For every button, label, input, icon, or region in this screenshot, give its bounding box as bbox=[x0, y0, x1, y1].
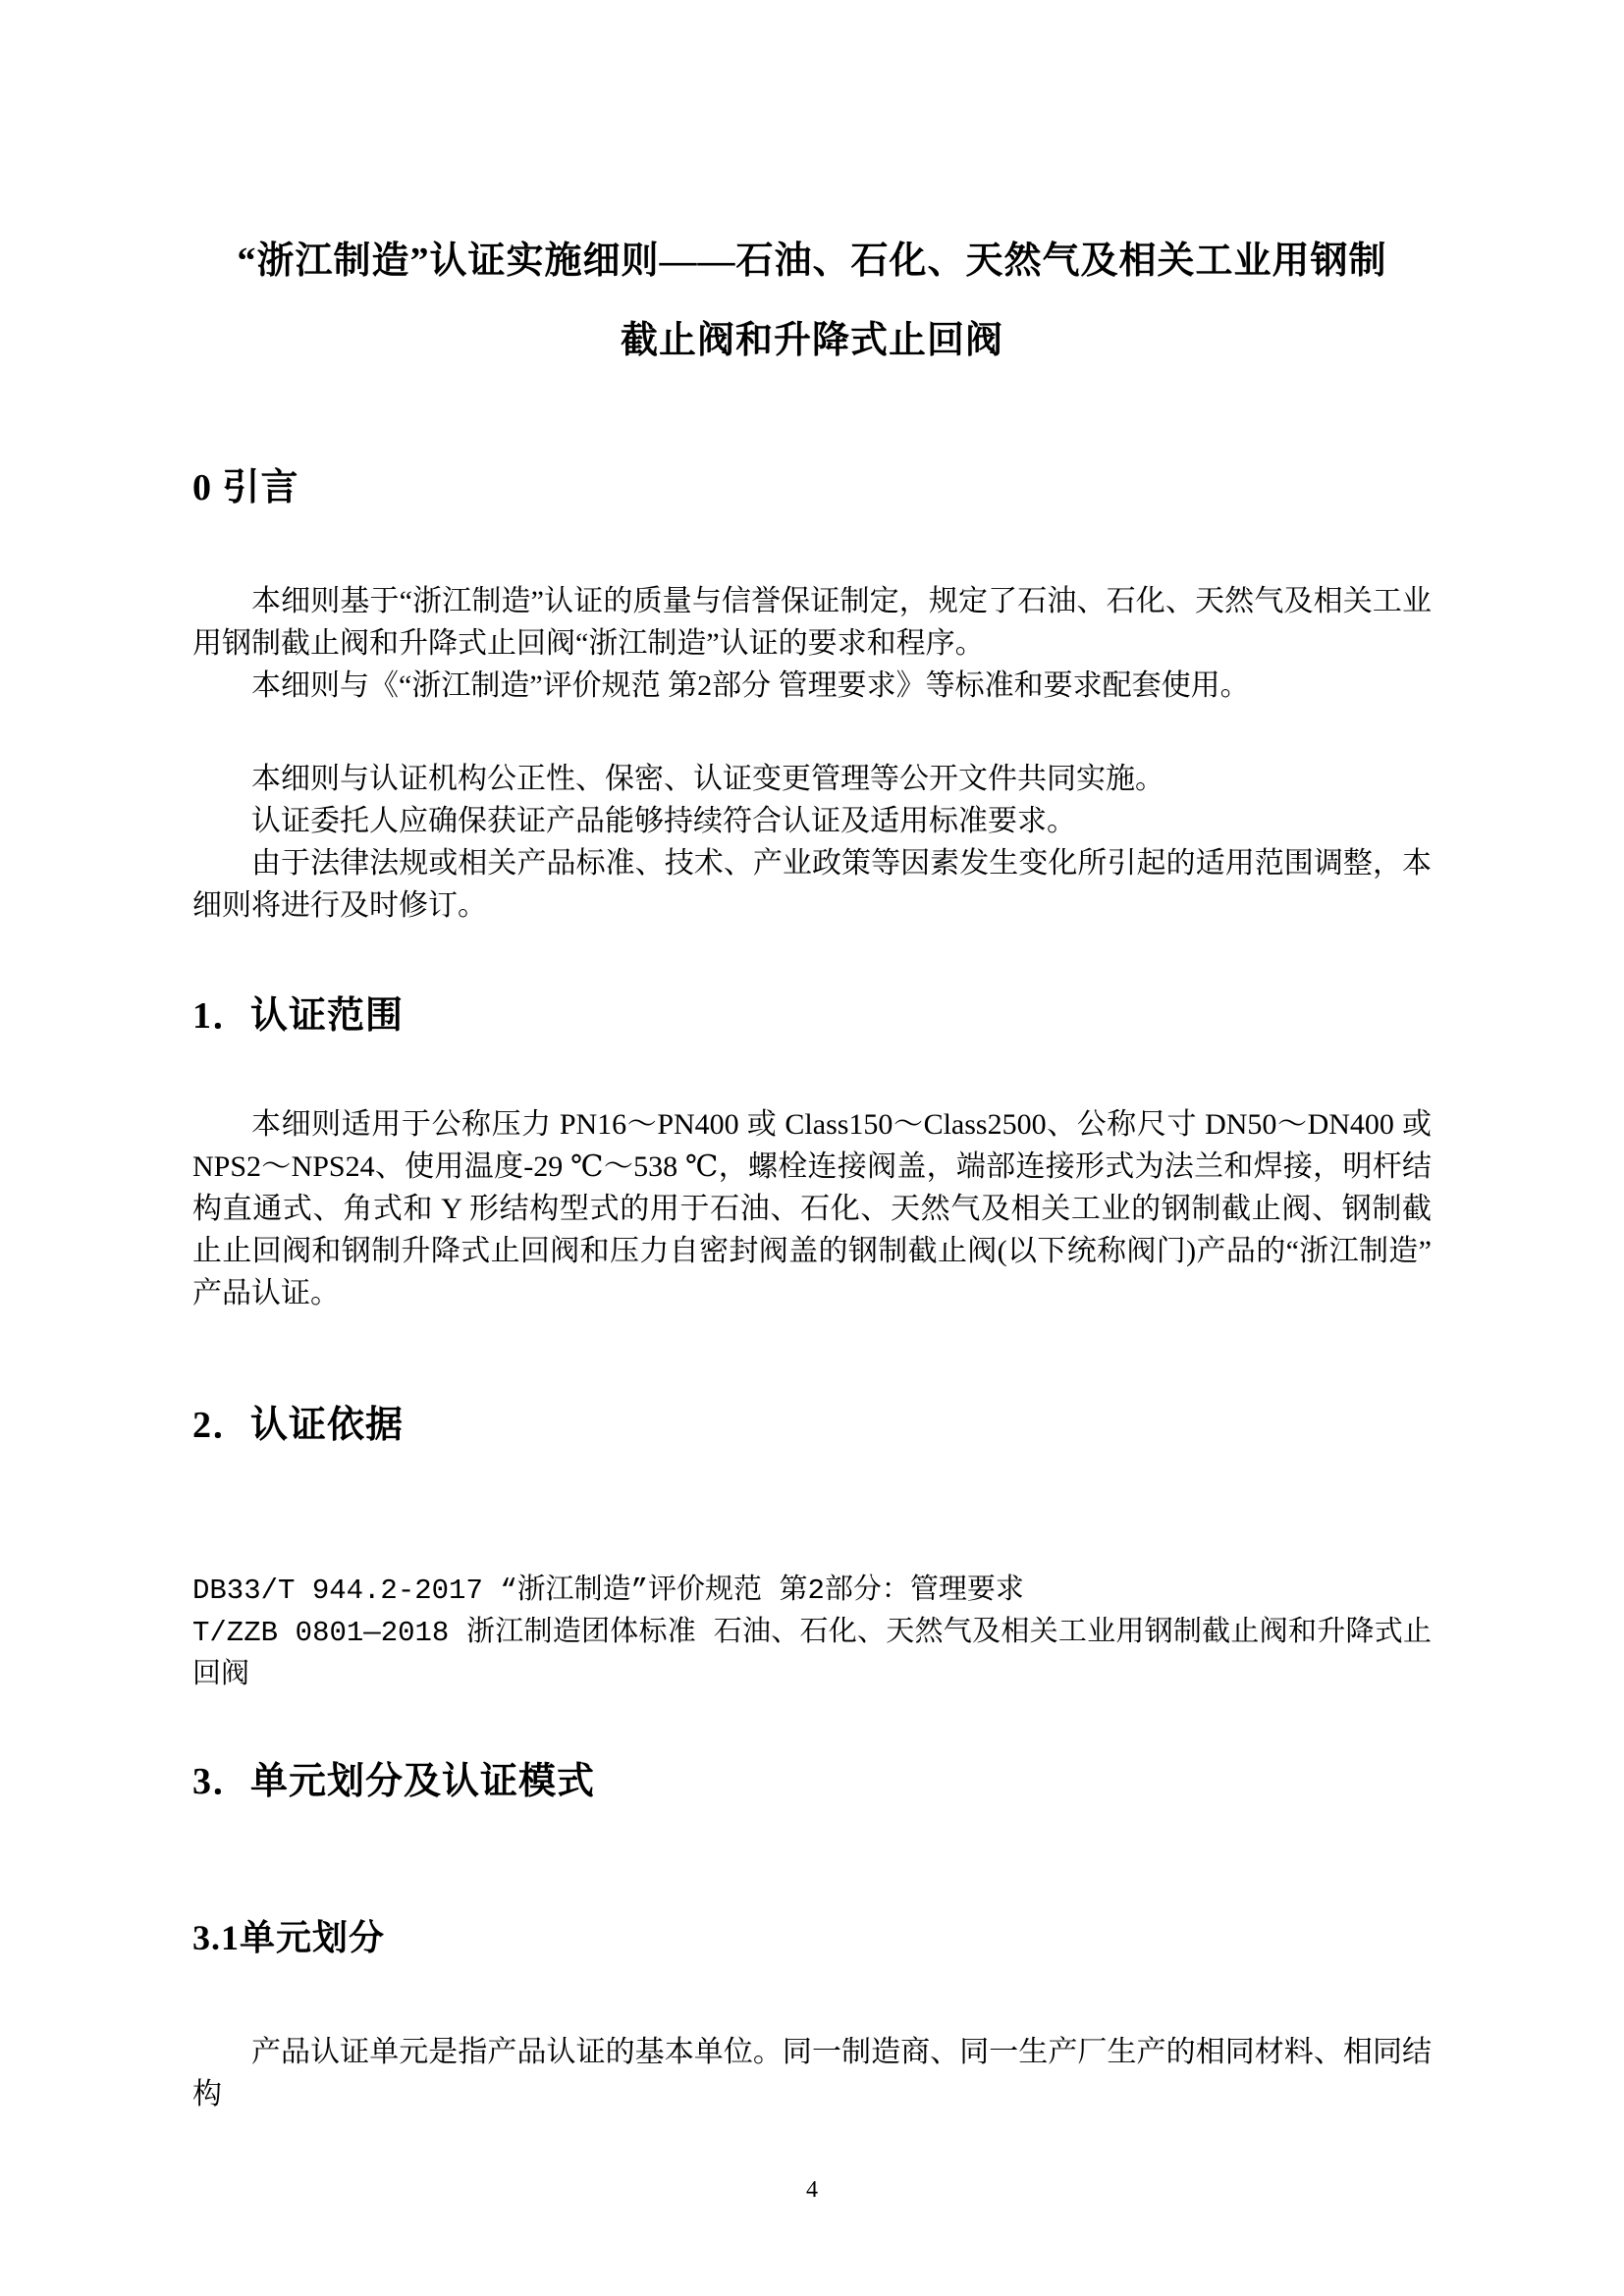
document-title: “浙江制造”认证实施细则——石油、石化、天然气及相关工业用钢制 截止阀和升降式止… bbox=[192, 242, 1432, 359]
document-page: “浙江制造”认证实施细则——石油、石化、天然气及相关工业用钢制 截止阀和升降式止… bbox=[0, 0, 1624, 2296]
introduction-paragraph-4: 认证委托人应确保获证产品能够持续符合认证及适用标准要求。 bbox=[192, 800, 1432, 842]
page-footer: 4 bbox=[192, 2178, 1432, 2202]
introduction-paragraph-1: 本细则基于“浙江制造”认证的质量与信誉保证制定，规定了石油、石化、天然气及相关工… bbox=[192, 580, 1432, 665]
section-unit-division: 3．单元划分及认证模式 3.1单元划分 产品认证单元是指产品认证的基本单位。同一… bbox=[192, 1763, 1432, 2115]
standard-reference-db33: DB33/T 944.2-2017 “浙江制造”评价规范 第2部分：管理要求 bbox=[192, 1570, 1432, 1612]
page-number: 4 bbox=[806, 2177, 818, 2203]
document-title-line2: 截止阀和升降式止回阀 bbox=[192, 322, 1432, 359]
standard-reference-tzzb: T/ZZB 0801—2018 浙江制造团体标准 石油、石化、天然气及相关工业用… bbox=[192, 1612, 1432, 1696]
section-certification-basis: 2．认证依据 DB33/T 944.2-2017 “浙江制造”评价规范 第2部分… bbox=[192, 1407, 1432, 1696]
unit-division-subheading: 3.1单元划分 bbox=[192, 1920, 1432, 1956]
introduction-paragraph-2: 本细则与《“浙江制造”评价规范 第2部分 管理要求》等标准和要求配套使用。 bbox=[192, 665, 1432, 707]
certification-scope-heading: 1．认证范围 bbox=[192, 997, 1432, 1035]
certification-basis-heading: 2．认证依据 bbox=[192, 1407, 1432, 1444]
section-introduction: 0 引言 本细则基于“浙江制造”认证的质量与信誉保证制定，规定了石油、石化、天然… bbox=[192, 469, 1432, 927]
certification-scope-paragraph: 本细则适用于公称压力 PN16～PN400 或 Class150～Class25… bbox=[192, 1103, 1432, 1314]
introduction-heading: 0 引言 bbox=[192, 469, 1432, 507]
introduction-paragraph-5: 由于法律法规或相关产品标准、技术、产业政策等因素发生变化所引起的适用范围调整，本… bbox=[192, 842, 1432, 927]
section-certification-scope: 1．认证范围 本细则适用于公称压力 PN16～PN400 或 Class150～… bbox=[192, 997, 1432, 1314]
document-title-line1: “浙江制造”认证实施细则——石油、石化、天然气及相关工业用钢制 bbox=[192, 242, 1432, 280]
unit-division-heading: 3．单元划分及认证模式 bbox=[192, 1763, 1432, 1800]
introduction-paragraph-3: 本细则与认证机构公正性、保密、认证变更管理等公开文件共同实施。 bbox=[192, 758, 1432, 800]
unit-division-paragraph: 产品认证单元是指产品认证的基本单位。同一制造商、同一生产厂生产的相同材料、相同结… bbox=[192, 2031, 1432, 2115]
